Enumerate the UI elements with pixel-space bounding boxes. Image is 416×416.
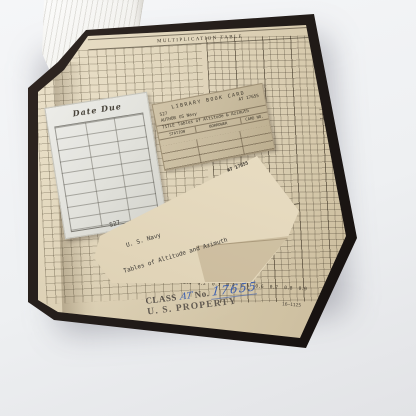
no-label: No. [194,288,210,300]
tick-value: 0.9 [298,287,307,292]
tick-value: 0.7 [270,285,279,290]
plate-number: 16—1125 [282,302,301,308]
tick-value: 0.8 [284,286,293,291]
class-handwritten: AT [179,291,192,303]
grid-divider [239,131,245,155]
grid-divider [196,139,202,163]
photo-scene: MULTIPLICATION TABLE 0.1 0.2 0.3 0.4 0.5… [0,0,416,416]
grid-divider [85,123,102,227]
